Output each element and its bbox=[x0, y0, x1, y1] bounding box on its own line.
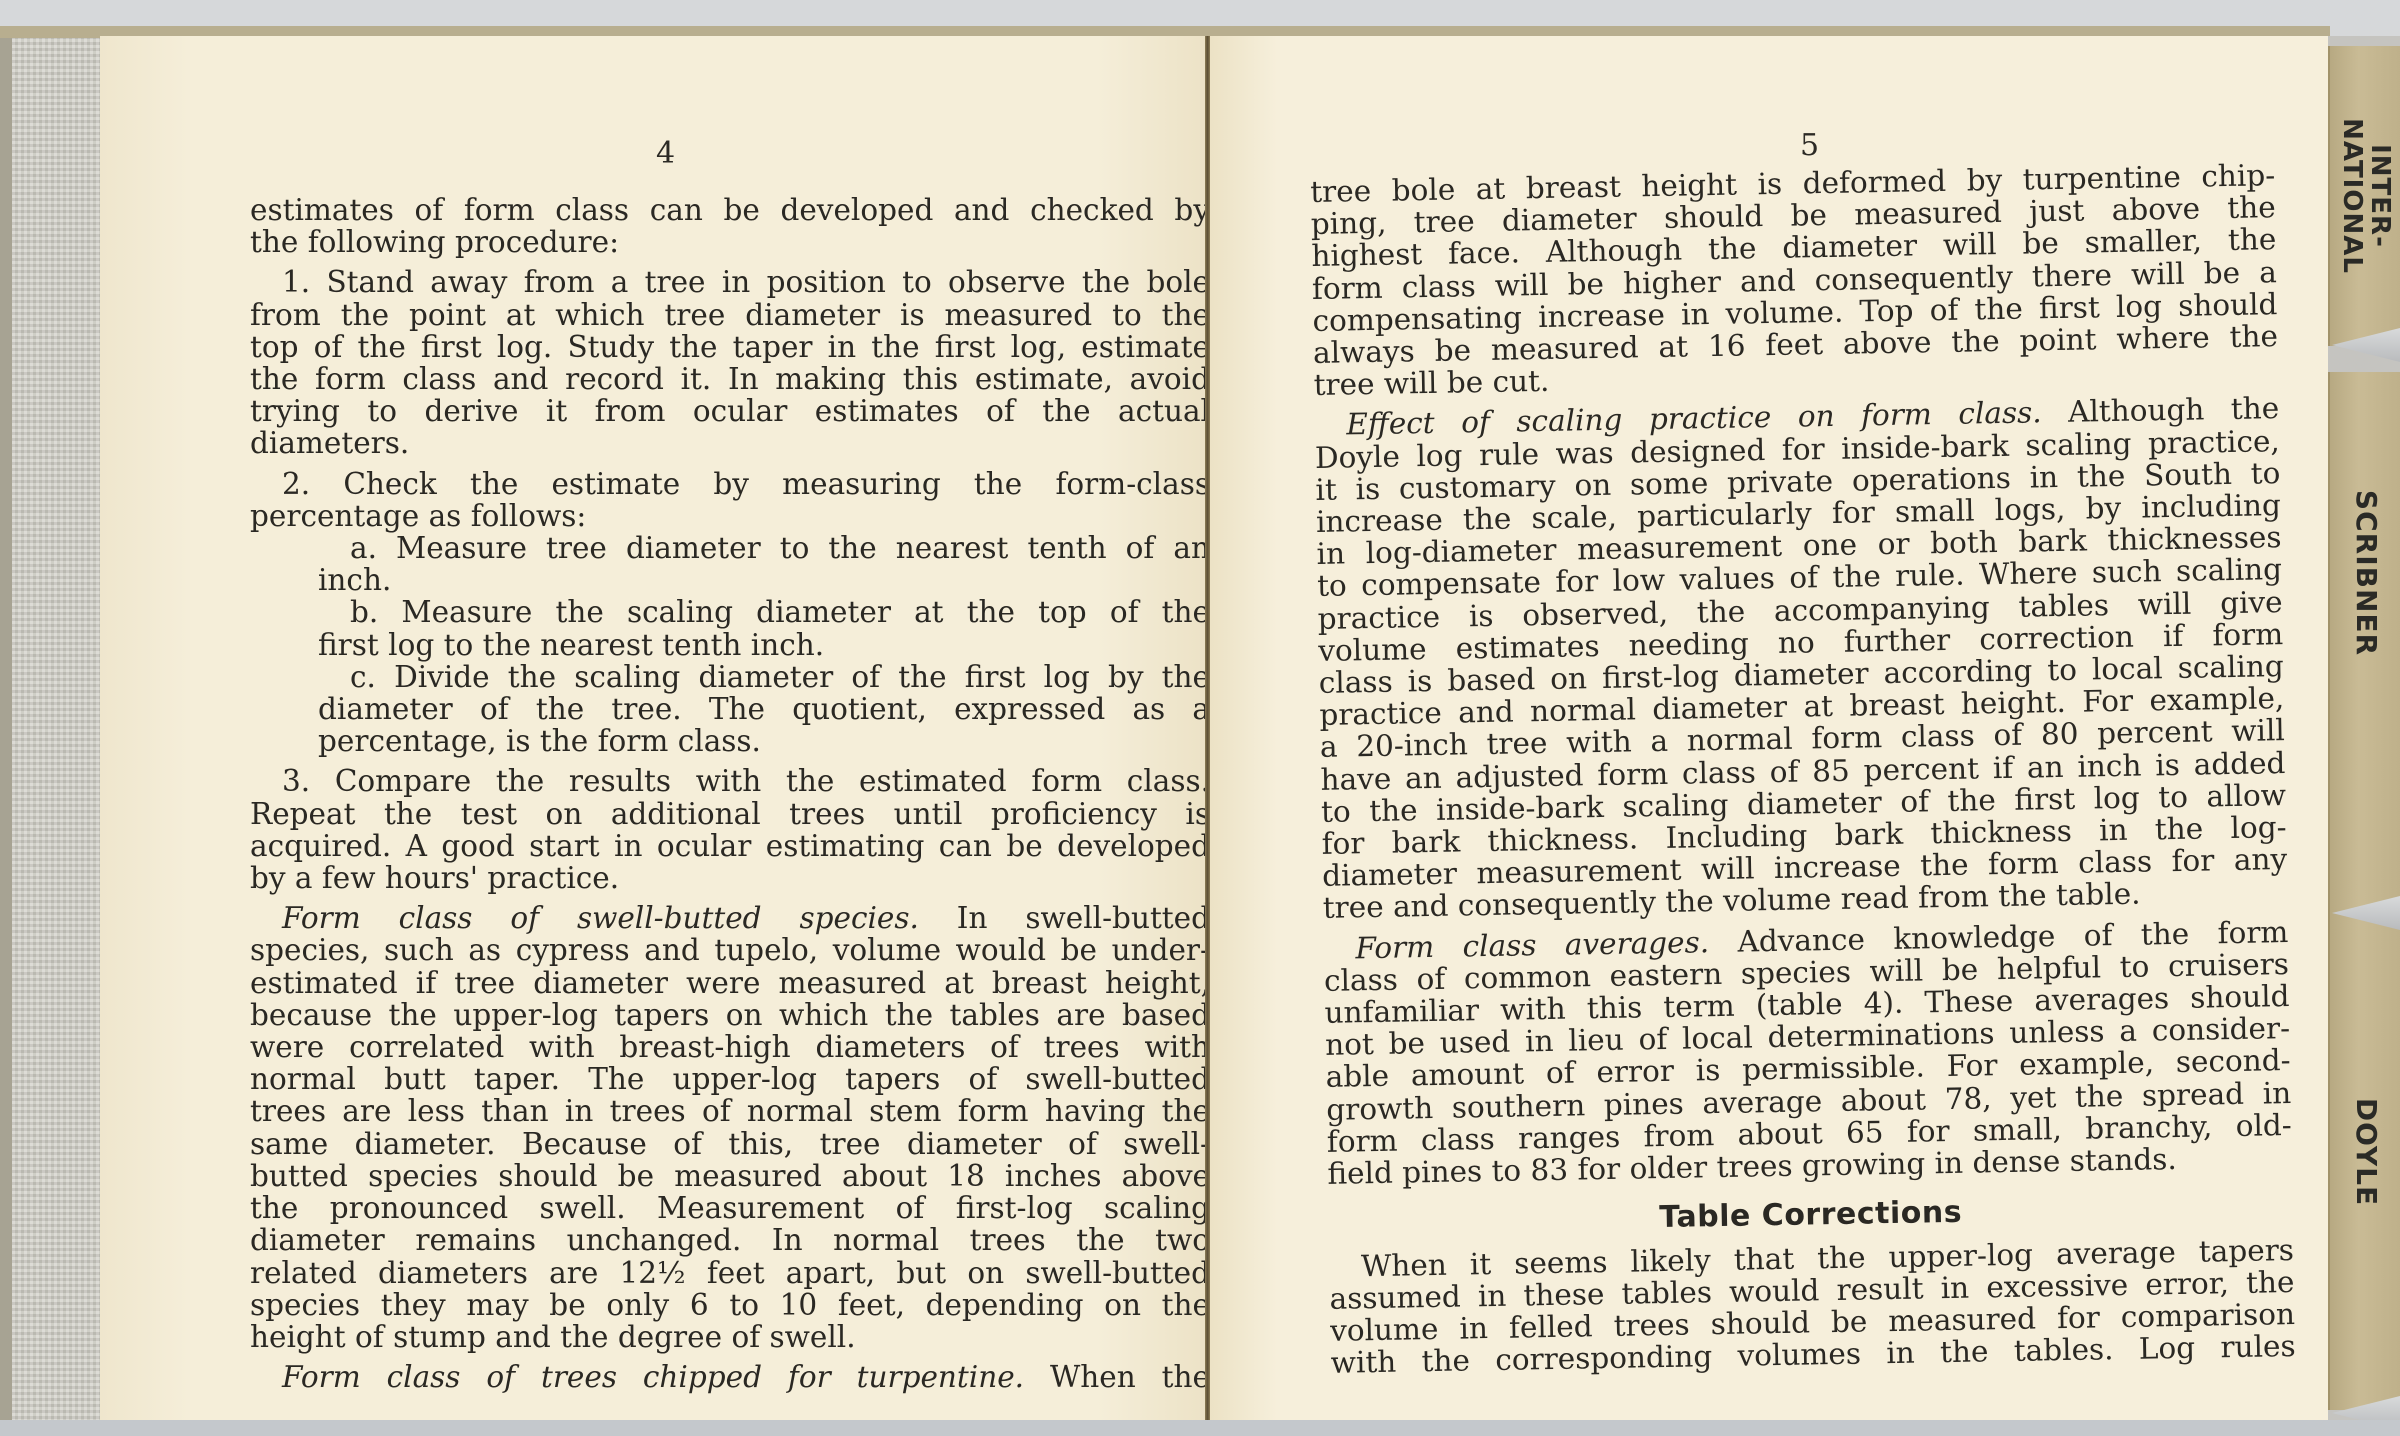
left-page: 4 estimates of form class can be develop… bbox=[100, 36, 1208, 1422]
text-line: the pronounced swell. Measurement of fir… bbox=[250, 1192, 1210, 1224]
right-page-text: tree bole at breast height is deformed b… bbox=[1310, 159, 2296, 1379]
binding-edge bbox=[0, 28, 12, 1428]
text-line: same diameter. Because of this, tree dia… bbox=[250, 1128, 1210, 1160]
text-line: trees are less than in trees of normal s… bbox=[250, 1095, 1210, 1127]
text-line: by a few hours' practice. bbox=[250, 862, 1210, 894]
text-line: diameter of the tree. The quotient, expr… bbox=[250, 693, 1210, 725]
page-number: 4 bbox=[656, 136, 675, 171]
paragraph-form-class-averages: Form class averages. Advance knowledge o… bbox=[1323, 916, 2292, 1190]
text-line: percentage, is the form class. bbox=[250, 725, 1210, 757]
text-line: butted species should be measured about … bbox=[250, 1160, 1210, 1192]
text-line: estimates of form class can be developed… bbox=[250, 194, 1210, 226]
paragraph-swell-butted: Form class of swell-butted species. In s… bbox=[250, 902, 1210, 1353]
text-line: Form class of trees chipped for turpenti… bbox=[250, 1361, 1210, 1393]
text-line: first log to the nearest tenth inch. bbox=[250, 629, 1210, 661]
text-line: a. Measure tree diameter to the nearest … bbox=[250, 532, 1210, 564]
paragraph-turpentine: Form class of trees chipped for turpenti… bbox=[250, 1361, 1210, 1393]
tab-scribner[interactable]: SCRIBNER bbox=[2328, 372, 2400, 962]
text-run: In swell-butted bbox=[919, 901, 1210, 935]
right-page: 5 tree bole at breast height is deformed… bbox=[1210, 36, 2330, 1422]
cloth-binding bbox=[0, 28, 110, 1428]
text-line: b. Measure the scaling diameter at the t… bbox=[250, 596, 1210, 628]
text-line: the following procedure: bbox=[250, 226, 1210, 258]
text-line: percentage as follows: bbox=[250, 500, 1210, 532]
procedure-step-2c: c. Divide the scaling diameter of the fi… bbox=[250, 661, 1210, 758]
text-line: diameters. bbox=[250, 427, 1210, 459]
text-line: 2. Check the estimate by measuring the f… bbox=[250, 468, 1210, 500]
tab-label: INTER- NATIONAL bbox=[2338, 118, 2394, 274]
paragraph-lead-heading: Form class of swell-butted species. bbox=[282, 901, 919, 935]
text-line: inch. bbox=[250, 564, 1210, 596]
section-heading: Table Corrections bbox=[1328, 1191, 2293, 1240]
book-spread-scan: 4 estimates of form class can be develop… bbox=[0, 0, 2400, 1436]
text-line: were correlated with breast-high diamete… bbox=[250, 1031, 1210, 1063]
text-line: Form class of swell-butted species. In s… bbox=[250, 902, 1210, 934]
procedure-step-2b: b. Measure the scaling diameter at the t… bbox=[250, 596, 1210, 660]
text-line: related diameters are 12½ feet apart, bu… bbox=[250, 1257, 1210, 1289]
procedure-step-2a: a. Measure tree diameter to the nearest … bbox=[250, 532, 1210, 596]
text-line: because the upper-log tapers on which th… bbox=[250, 999, 1210, 1031]
tab-international[interactable]: INTER- NATIONAL bbox=[2328, 46, 2400, 346]
paragraph-lead-heading: Form class of trees chipped for turpenti… bbox=[282, 1360, 1024, 1394]
text-line: 3. Compare the results with the estimate… bbox=[250, 765, 1210, 797]
text-run: When the bbox=[1024, 1360, 1210, 1394]
tab-doyle[interactable]: DOYLE bbox=[2328, 940, 2400, 1410]
left-page-text: estimates of form class can be developed… bbox=[250, 194, 1210, 1393]
text-line: normal butt taper. The upper-log tapers … bbox=[250, 1063, 1210, 1095]
paragraph-intro: estimates of form class can be developed… bbox=[250, 194, 1210, 258]
text-line: 1. Stand away from a tree in position to… bbox=[250, 266, 1210, 298]
text-line: acquired. A good start in ocular estimat… bbox=[250, 830, 1210, 862]
tab-label: SCRIBNER bbox=[2351, 490, 2381, 656]
paragraph-scaling-practice: Effect of scaling practice on form class… bbox=[1314, 393, 2288, 925]
text-line: diameter remains unchanged. In normal tr… bbox=[250, 1224, 1210, 1256]
text-line: estimated if tree diameter were measured… bbox=[250, 967, 1210, 999]
text-line: top of the first log. Study the taper in… bbox=[250, 331, 1210, 363]
tab-label-line: INTER- bbox=[2366, 118, 2394, 274]
procedure-step-3: 3. Compare the results with the estimate… bbox=[250, 765, 1210, 894]
text-line: trying to derive it from ocular estimate… bbox=[250, 395, 1210, 427]
text-line: Repeat the test on additional trees unti… bbox=[250, 798, 1210, 830]
scanner-bed bbox=[0, 1420, 2400, 1436]
page-number: 5 bbox=[1800, 128, 1819, 163]
procedure-step-2: 2. Check the estimate by measuring the f… bbox=[250, 468, 1210, 532]
text-line: species, such as cypress and tupelo, vol… bbox=[250, 934, 1210, 966]
tab-label-line: NATIONAL bbox=[2338, 118, 2366, 274]
thumb-index-tabs: INTER- NATIONAL SCRIBNER DOYLE bbox=[2328, 36, 2400, 1428]
text-line: from the point at which tree diameter is… bbox=[250, 299, 1210, 331]
text-line: species they may be only 6 to 10 feet, d… bbox=[250, 1289, 1210, 1321]
paragraph-table-corrections: When it seems likely that the upper-log … bbox=[1329, 1233, 2296, 1379]
text-line: height of stump and the degree of swell. bbox=[250, 1321, 1210, 1353]
tab-label: DOYLE bbox=[2351, 1097, 2381, 1205]
paragraph-turpentine-continued: tree bole at breast height is deformed b… bbox=[1310, 159, 2279, 401]
text-line: the form class and record it. In making … bbox=[250, 363, 1210, 395]
procedure-step-1: 1. Stand away from a tree in position to… bbox=[250, 266, 1210, 459]
text-line: c. Divide the scaling diameter of the fi… bbox=[250, 661, 1210, 693]
